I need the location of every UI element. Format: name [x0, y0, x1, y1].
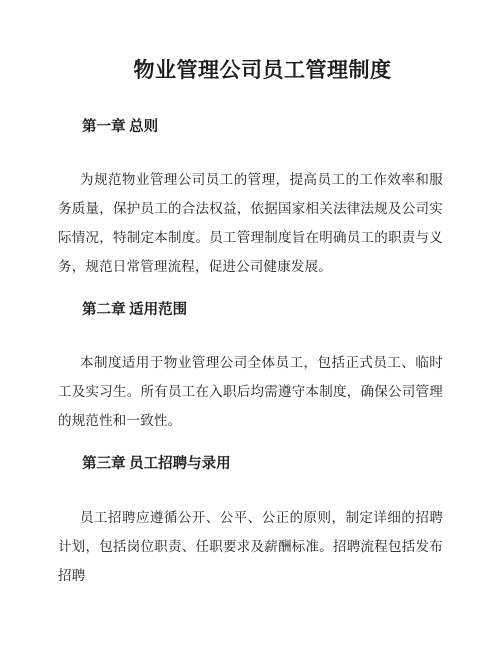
document-page: 物业管理公司员工管理制度 第一章 总则 为规范物业管理公司员工的管理，提高员工的…	[0, 0, 500, 647]
document-title: 物业管理公司员工管理制度	[70, 0, 455, 84]
chapter-heading-2: 第二章 适用范围	[82, 300, 443, 320]
chapter-heading-3: 第三章 员工招聘与录用	[82, 454, 443, 474]
section-scope-of-application: 第二章 适用范围 本制度适用于物业管理公司全体员工，包括正式员工、临时工及实习生…	[58, 300, 443, 435]
section-general-provisions: 第一章 总则 为规范物业管理公司员工的管理，提高员工的工作效率和服务质量，保护员…	[58, 117, 443, 281]
chapter-paragraph-1: 为规范物业管理公司员工的管理，提高员工的工作效率和服务质量，保护员工的合法权益，…	[58, 165, 443, 281]
chapter-paragraph-2: 本制度适用于物业管理公司全体员工，包括正式员工、临时工及实习生。所有员工在入职后…	[58, 348, 443, 435]
chapter-heading-1: 第一章 总则	[82, 117, 443, 137]
document-content: 物业管理公司员工管理制度 第一章 总则 为规范物业管理公司员工的管理，提高员工的…	[58, 0, 443, 590]
chapter-paragraph-3: 员工招聘应遵循公开、公平、公正的原则，制定详细的招聘计划，包括岗位职责、任职要求…	[58, 503, 443, 590]
section-recruitment-and-hiring: 第三章 员工招聘与录用 员工招聘应遵循公开、公平、公正的原则，制定详细的招聘计划…	[58, 454, 443, 590]
